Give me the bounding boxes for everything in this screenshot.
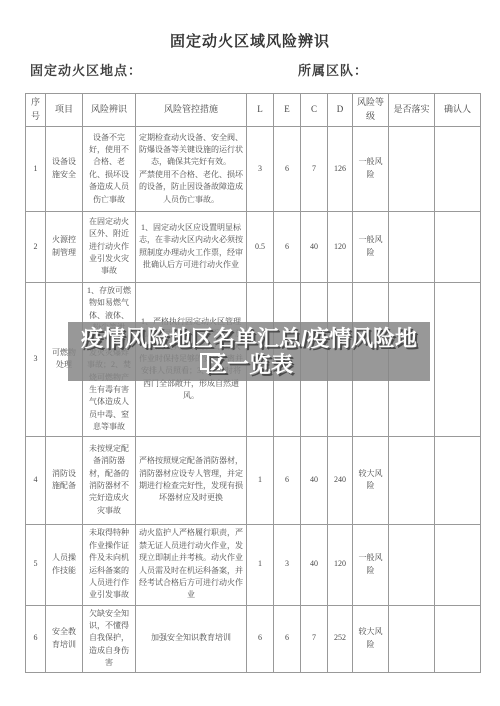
- cell-measures: 严格按照规定配备消防器材，消防器材应设专人管理，并定期进行检查完好性，发现有损坏…: [136, 436, 247, 524]
- cell-c: 40: [301, 436, 328, 524]
- header-confirmer: 确认人: [435, 94, 481, 127]
- cell-seq: 5: [26, 524, 46, 605]
- cell-seq: 6: [26, 605, 46, 672]
- cell-c: 40: [301, 211, 328, 282]
- cell-confirmer: [435, 282, 481, 436]
- cell-item: 消防设施配备: [46, 436, 83, 524]
- cell-item: 安全教育培训: [46, 605, 83, 672]
- cell-measures: 加强安全知识教育培训: [136, 605, 247, 672]
- header-item: 项目: [46, 94, 83, 127]
- watermark-text-line2: 区一览表: [205, 352, 293, 378]
- cell-implemented: [389, 126, 435, 211]
- cell-risk: 在固定动火区外、附近进行动火作业引发火灾事故: [83, 211, 136, 282]
- cell-level: 一般风险: [353, 126, 389, 211]
- cell-measures: 动火监护人严格履行职责，严禁无证人员进行动火作业，发现立即制止并考核。动火作业人…: [136, 524, 247, 605]
- header-e: E: [274, 94, 301, 127]
- cell-d: 120: [328, 211, 353, 282]
- header-implemented: 是否落实: [389, 94, 435, 127]
- cell-l: 0.5: [247, 211, 274, 282]
- cell-implemented: [389, 605, 435, 672]
- table-header-row: 序号 项目 风险辨识 风险管控措施 L E C D 风险等级 是否落实 确认人: [26, 94, 481, 127]
- header-d: D: [328, 94, 353, 127]
- table-row: 2 火源控制管理 在固定动火区外、附近进行动火作业引发火灾事故 1、固定动火区应…: [26, 211, 481, 282]
- header-seq: 序号: [26, 94, 46, 127]
- cell-l: 1: [247, 524, 274, 605]
- cell-level: 较大风险: [353, 436, 389, 524]
- table-row: 6 安全教育培训 欠缺安全知识，不懂得自我保护，造成自身伤害 加强安全知识教育培…: [26, 605, 481, 672]
- cell-item: 人员操作技能: [46, 524, 83, 605]
- page-title: 固定动火区域风险辨识: [0, 30, 500, 51]
- cell-implemented: [389, 436, 435, 524]
- cell-e: 6: [274, 211, 301, 282]
- document-page: 固定动火区域风险辨识 固定动火区地点： 所属区队： 序号 项目 风险辨识 风险管…: [0, 0, 500, 706]
- cell-risk: 未按规定配备消防器材，配备的消防器材不完好造成火灾事故: [83, 436, 136, 524]
- cell-seq: 1: [26, 126, 46, 211]
- cell-e: 6: [274, 126, 301, 211]
- header-level: 风险等级: [353, 94, 389, 127]
- header-c: C: [301, 94, 328, 127]
- cell-measures: 定期检查动火设备、安全阀、防爆设备等关键设施的运行状态，确保其完好有效。 严禁使…: [136, 126, 247, 211]
- cell-c: 40: [301, 524, 328, 605]
- cell-d: 252: [328, 605, 353, 672]
- cell-confirmer: [435, 211, 481, 282]
- table-row: 4 消防设施配备 未按规定配备消防器材，配备的消防器材不完好造成火灾事故 严格按…: [26, 436, 481, 524]
- cell-confirmer: [435, 524, 481, 605]
- cell-e: 6: [274, 436, 301, 524]
- cell-risk: 设备不完好，使用不合格、老化、损坏设备造成人员伤亡事故: [83, 126, 136, 211]
- cell-l: 3: [247, 126, 274, 211]
- cell-confirmer: [435, 436, 481, 524]
- watermark-text-line1: 疫情风险地区名单汇总/疫情风险地: [81, 326, 417, 352]
- header-measures: 风险管控措施: [136, 94, 247, 127]
- cell-d: 240: [328, 436, 353, 524]
- cell-implemented: [389, 211, 435, 282]
- header-l: L: [247, 94, 274, 127]
- cell-seq: 2: [26, 211, 46, 282]
- cell-l: 6: [247, 605, 274, 672]
- cell-seq: 3: [26, 282, 46, 436]
- header-risk: 风险辨识: [83, 94, 136, 127]
- cell-measures: 1、固定动火区应设置明显标志，在非动火区内动火必须按照制度办理动火工作票，经审批…: [136, 211, 247, 282]
- cell-risk: 欠缺安全知识，不懂得自我保护，造成自身伤害: [83, 605, 136, 672]
- watermark-overlay: ✕ 疫情风险地区名单汇总/疫情风险地 区一览表: [68, 322, 430, 381]
- cell-d: 126: [328, 126, 353, 211]
- cell-seq: 4: [26, 436, 46, 524]
- cell-confirmer: [435, 126, 481, 211]
- team-label: 所属区队：: [298, 60, 368, 79]
- cell-item: 火源控制管理: [46, 211, 83, 282]
- risk-table: 序号 项目 风险辨识 风险管控措施 L E C D 风险等级 是否落实 确认人 …: [25, 93, 481, 673]
- cell-level: 一般风险: [353, 211, 389, 282]
- cell-confirmer: [435, 605, 481, 672]
- cell-risk: 未取得特种作业操作证件及未向机运科备案的人员进行作业引发事故: [83, 524, 136, 605]
- cell-l: 1: [247, 436, 274, 524]
- location-label: 固定动火区地点：: [30, 60, 142, 79]
- cell-c: 7: [301, 126, 328, 211]
- cell-level: 较大风险: [353, 605, 389, 672]
- cell-d: 120: [328, 524, 353, 605]
- cell-item: 设备设施安全: [46, 126, 83, 211]
- cell-implemented: [389, 524, 435, 605]
- cell-e: 3: [274, 524, 301, 605]
- cell-e: 6: [274, 605, 301, 672]
- table-row: 1 设备设施安全 设备不完好，使用不合格、老化、损坏设备造成人员伤亡事故 定期检…: [26, 126, 481, 211]
- table-row: 5 人员操作技能 未取得特种作业操作证件及未向机运科备案的人员进行作业引发事故 …: [26, 524, 481, 605]
- cell-level: 一般风险: [353, 524, 389, 605]
- cell-c: 7: [301, 605, 328, 672]
